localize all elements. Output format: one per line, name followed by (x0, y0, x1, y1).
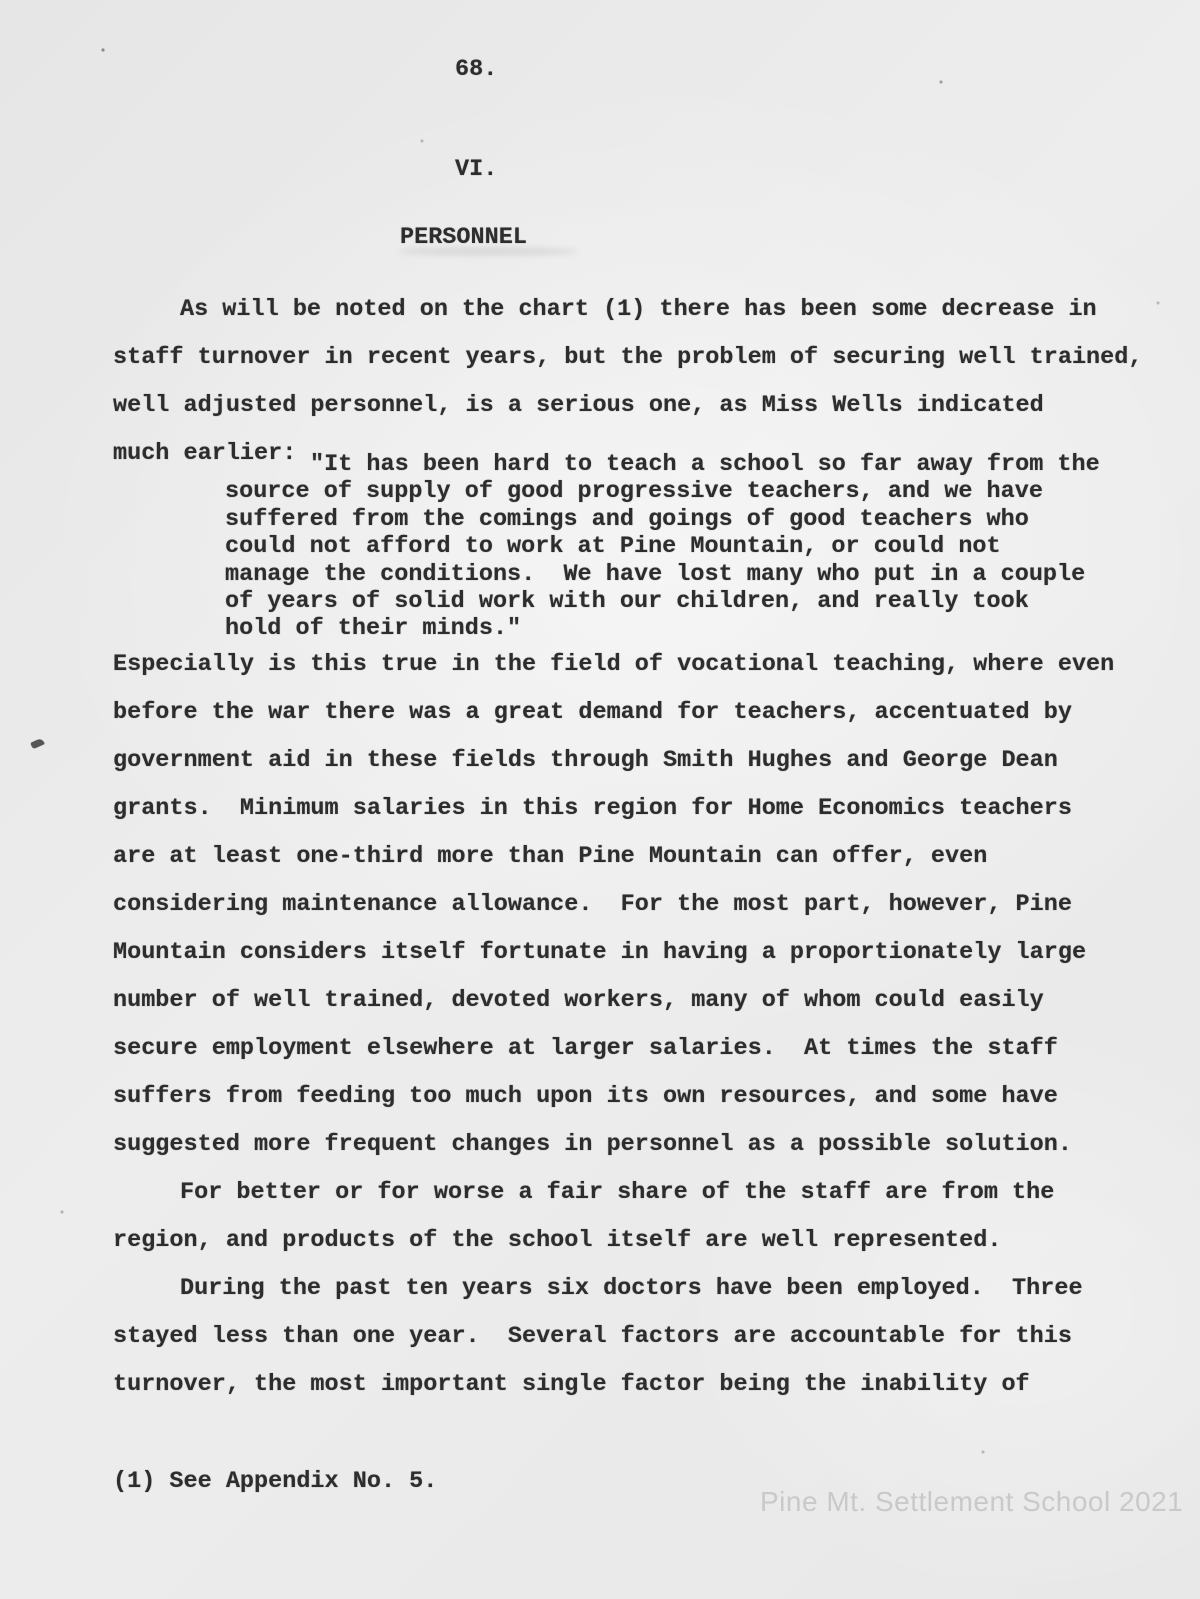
text-line: suggested more frequent changes in perso… (113, 1121, 1114, 1169)
text-line: suffered from the comings and goings of … (225, 506, 1100, 533)
footnote: (1) See Appendix No. 5. (113, 1468, 437, 1495)
text-line: Especially is this true in the field of … (113, 641, 1114, 689)
watermark: Pine Mt. Settlement School 2021 (760, 1486, 1183, 1518)
text-line: of years of solid work with our children… (225, 588, 1100, 615)
text-line: before the war there was a great demand … (113, 689, 1114, 737)
page-number: 68. (455, 56, 497, 83)
text-line: number of well trained, devoted workers,… (113, 977, 1114, 1025)
paragraph-doctors: During the past ten years six doctors ha… (113, 1265, 1083, 1409)
text-line: "It has been hard to teach a school so f… (225, 451, 1100, 478)
paragraph-intro: As will be noted on the chart (1) there … (113, 286, 1142, 478)
text-line: region, and products of the school itsel… (113, 1217, 1054, 1265)
text-line: secure employment elsewhere at larger sa… (113, 1025, 1114, 1073)
text-line: source of supply of good progressive tea… (225, 478, 1100, 505)
text-line: turnover, the most important single fact… (113, 1361, 1083, 1409)
text-line: Mountain considers itself fortunate in h… (113, 929, 1114, 977)
paragraph-vocational: Especially is this true in the field of … (113, 641, 1114, 1169)
text-line: government aid in these fields through S… (113, 737, 1114, 785)
text-line: well adjusted personnel, is a serious on… (113, 382, 1142, 430)
text-line: manage the conditions. We have lost many… (225, 561, 1100, 588)
text-line: During the past ten years six doctors ha… (113, 1265, 1083, 1313)
text-line: stayed less than one year. Several facto… (113, 1313, 1083, 1361)
scan-smudge (398, 247, 578, 256)
text-line: hold of their minds." (225, 615, 1100, 642)
text-line: could not afford to work at Pine Mountai… (225, 533, 1100, 560)
text-line: For better or for worse a fair share of … (113, 1169, 1054, 1217)
paragraph-wells-quote: "It has been hard to teach a school so f… (225, 451, 1100, 643)
text-line: grants. Minimum salaries in this region … (113, 785, 1114, 833)
text-line: considering maintenance allowance. For t… (113, 881, 1114, 929)
text-line: staff turnover in recent years, but the … (113, 334, 1142, 382)
text-line: As will be noted on the chart (1) there … (113, 286, 1142, 334)
text-line: are at least one-third more than Pine Mo… (113, 833, 1114, 881)
text-line: suffers from feeding too much upon its o… (113, 1073, 1114, 1121)
paragraph-region: For better or for worse a fair share of … (113, 1169, 1054, 1265)
section-number: VI. (455, 156, 497, 183)
